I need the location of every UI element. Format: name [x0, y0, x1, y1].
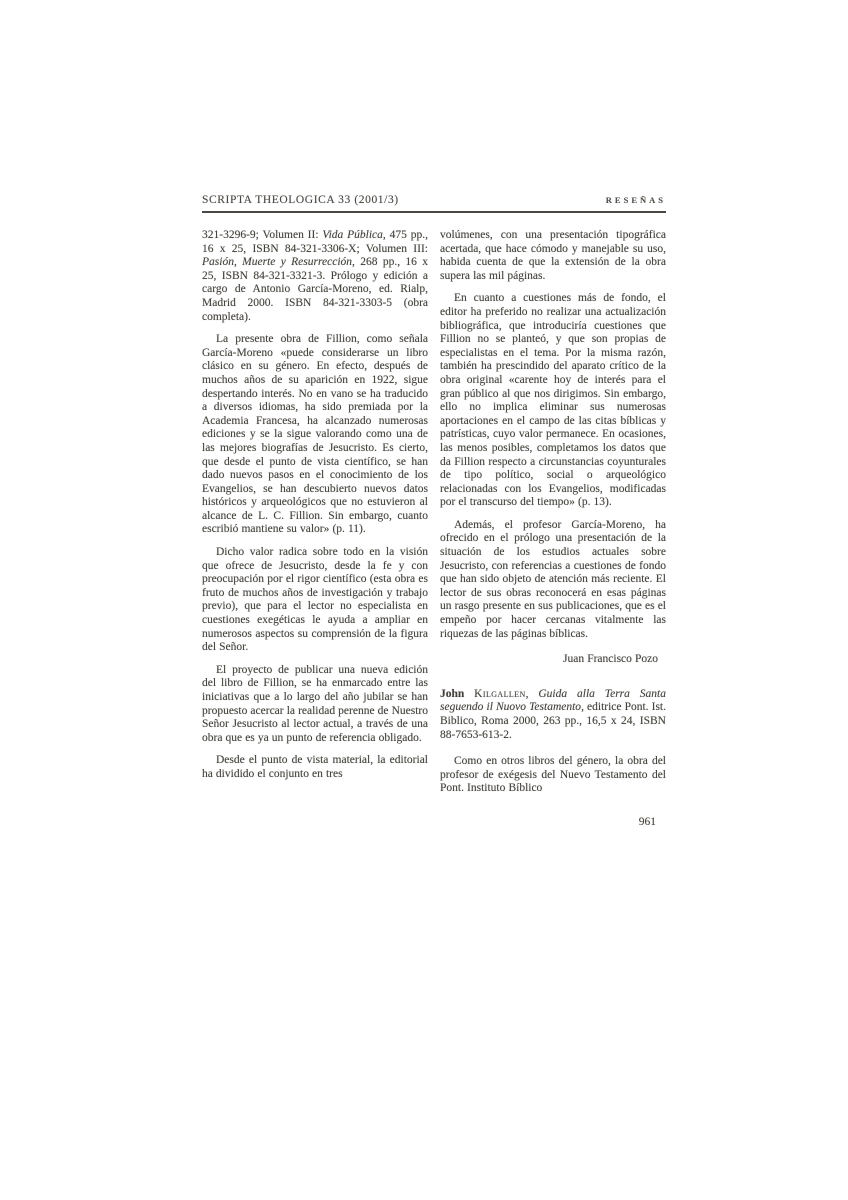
paragraph: 321-3296-9; Volumen II: Vida Pública, 47… [202, 229, 428, 324]
paragraph: El proyecto de publicar una nueva edició… [202, 664, 428, 746]
text-columns: 321-3296-9; Volumen II: Vida Pública, 47… [202, 229, 666, 796]
paragraph: volúmenes, con una presentación tipográf… [440, 229, 666, 283]
right-column: volúmenes, con una presentación tipográf… [440, 229, 666, 796]
page-content: SCRIPTA THEOLOGICA 33 (2001/3) RESEÑAS 3… [202, 194, 666, 828]
journal-title: SCRIPTA THEOLOGICA 33 (2001/3) [202, 194, 399, 206]
section-label: RESEÑAS [606, 195, 666, 205]
running-header: SCRIPTA THEOLOGICA 33 (2001/3) RESEÑAS [202, 194, 666, 213]
book-reference: John Kilgallen, Guida alla Terra Santa s… [440, 688, 666, 742]
scanned-journal-page: SCRIPTA THEOLOGICA 33 (2001/3) RESEÑAS 3… [0, 0, 848, 1200]
paragraph: Desde el punto de vista material, la edi… [202, 754, 428, 781]
paragraph: Además, el profesor García-Moreno, ha of… [440, 519, 666, 641]
paragraph: La presente obra de Fillion, como señala… [202, 333, 428, 537]
reviewer-signature: Juan Francisco Pozo [440, 653, 666, 667]
paragraph: Dicho valor radica sobre todo en la visi… [202, 546, 428, 655]
left-column: 321-3296-9; Volumen II: Vida Pública, 47… [202, 229, 428, 796]
paragraph: Como en otros libros del género, la obra… [440, 755, 666, 796]
page-number: 961 [202, 816, 666, 828]
paragraph: En cuanto a cuestiones más de fondo, el … [440, 292, 666, 510]
